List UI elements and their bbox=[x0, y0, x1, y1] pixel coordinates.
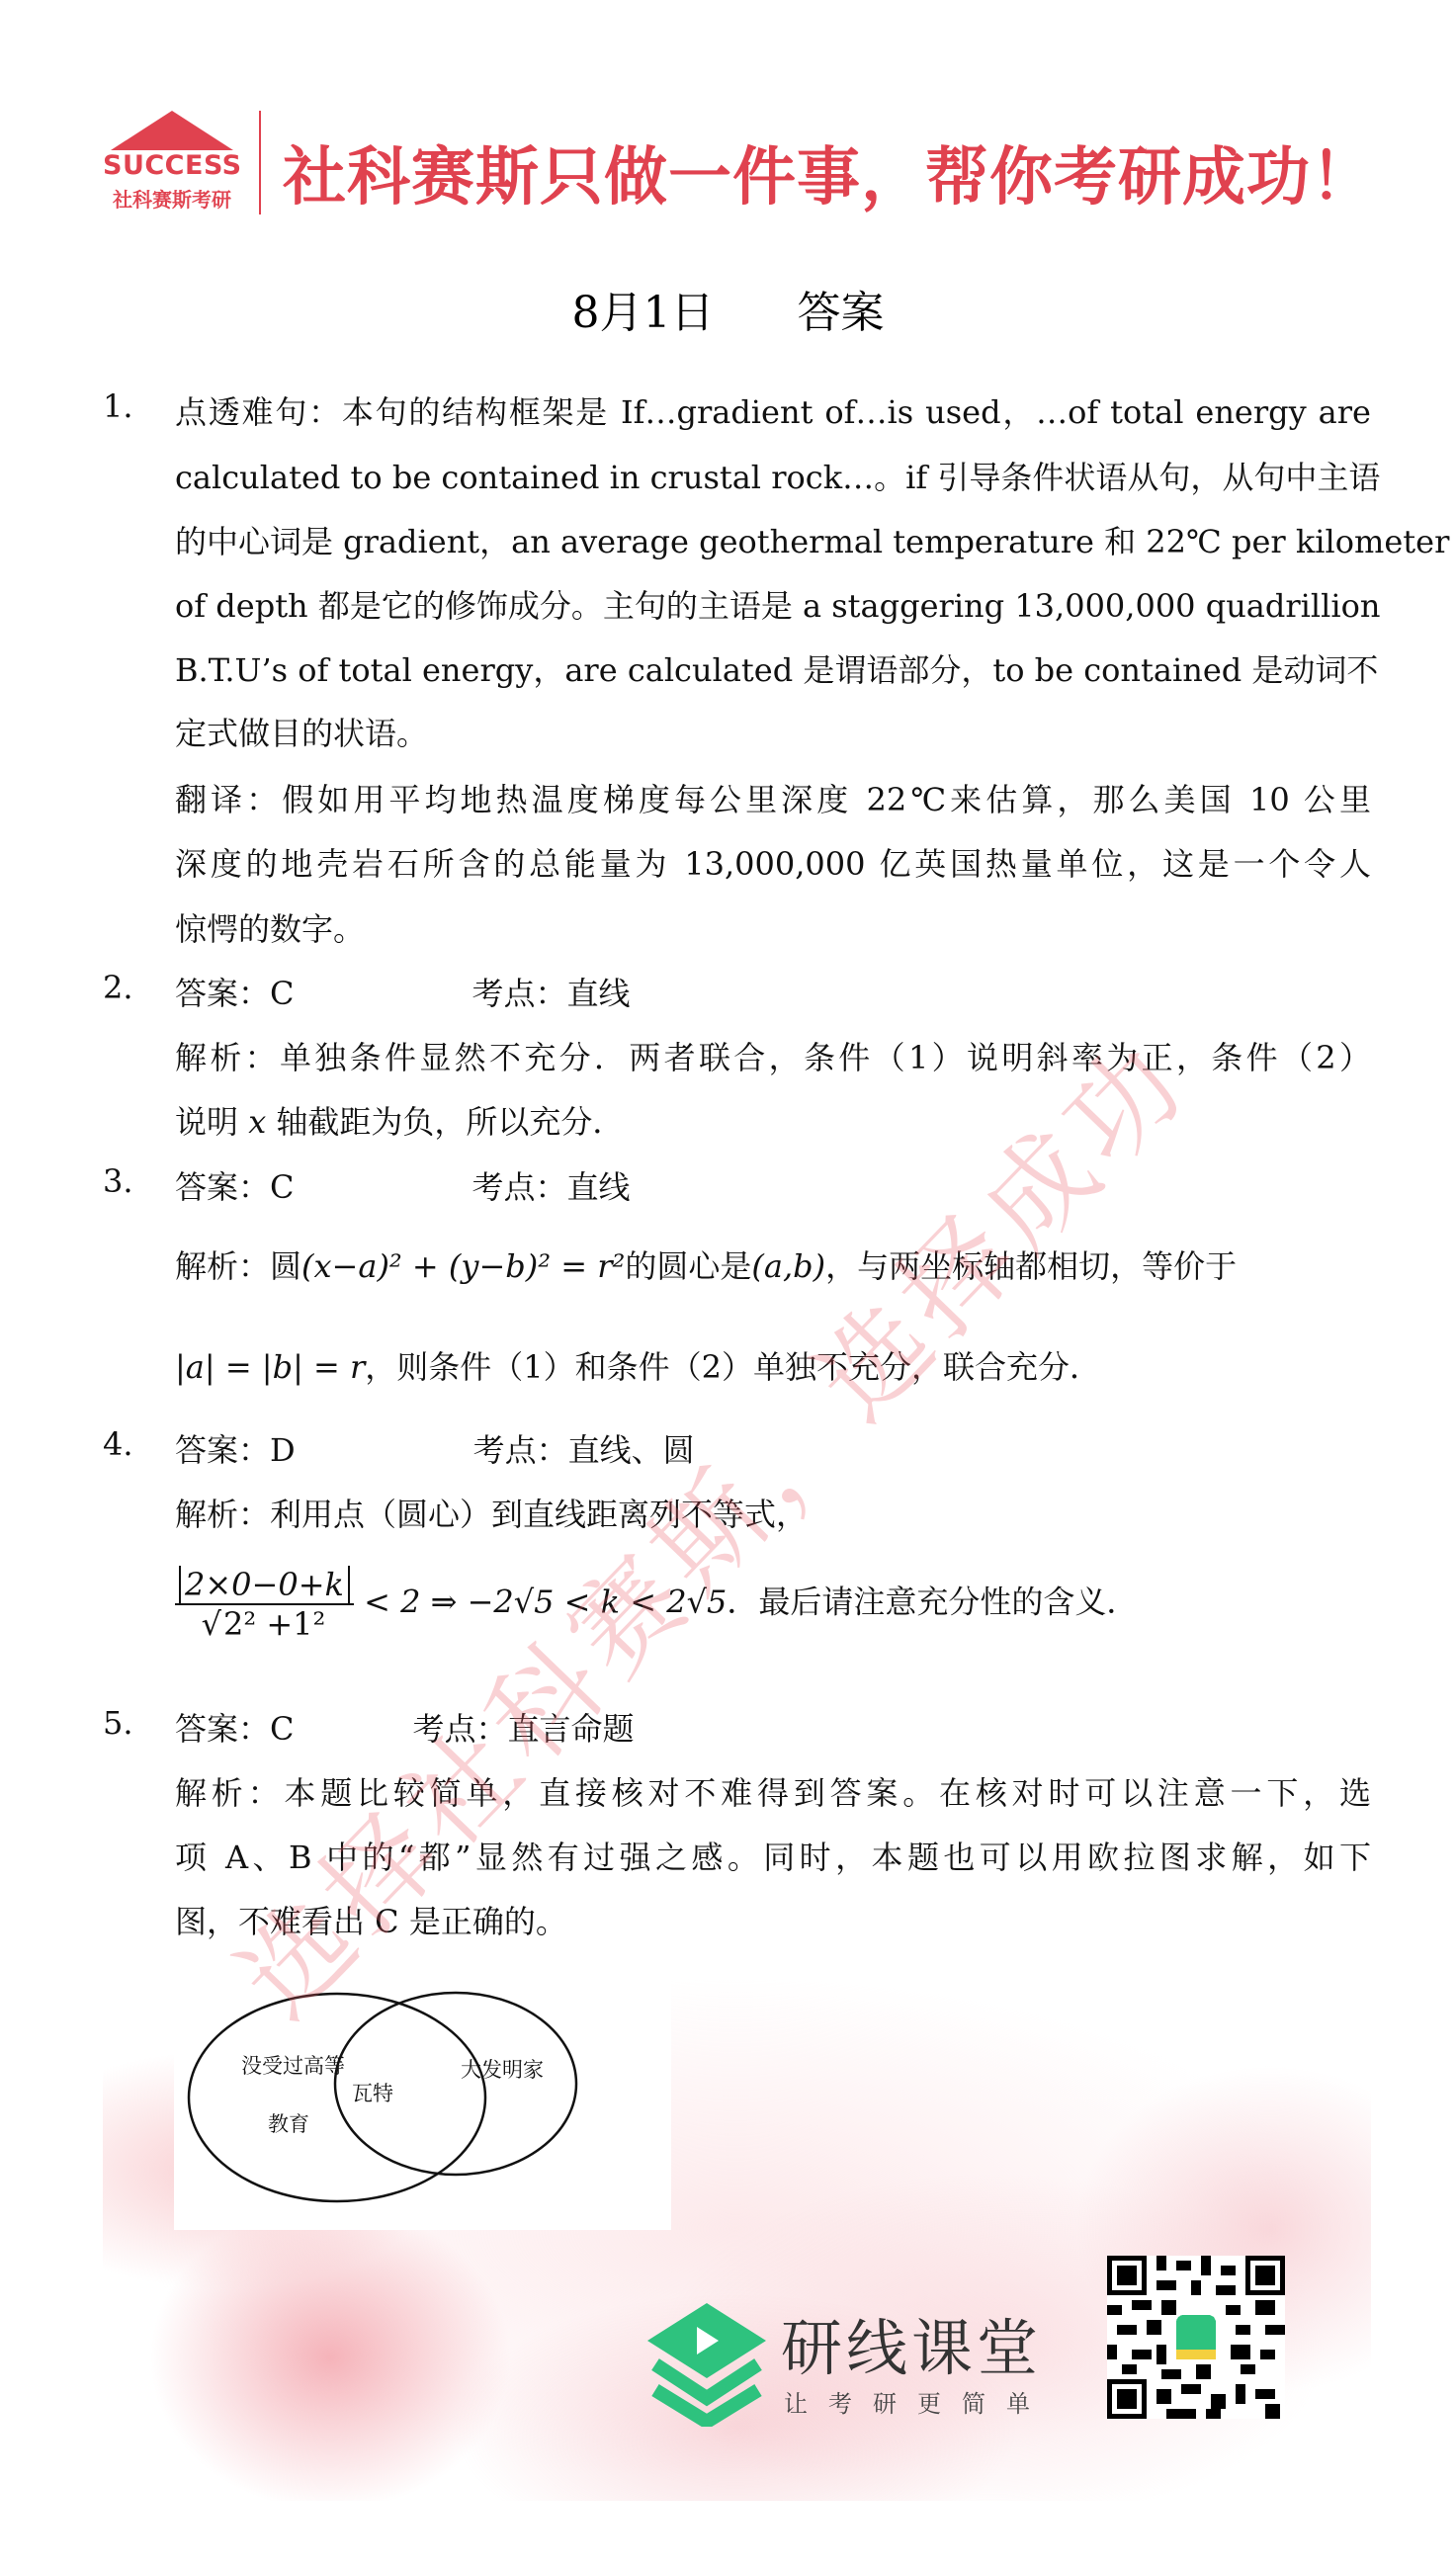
q2-topic: 考点：直线 bbox=[472, 975, 631, 1012]
q1-line-2: calculated to be contained in crustal ro… bbox=[175, 453, 1371, 498]
q3-topic: 考点：直线 bbox=[472, 1168, 631, 1206]
roof-icon bbox=[111, 111, 233, 150]
header-divider bbox=[259, 111, 261, 214]
q2-header: 答案：C考点：直线 bbox=[175, 969, 1371, 1014]
question-number-2: 2. bbox=[103, 969, 133, 1006]
q5-answer: 答案：C bbox=[175, 1710, 295, 1748]
q4-formula: 2×0−0+k √2² +1² < 2 ⇒ −2√5 < k < 2√5．最后请… bbox=[175, 1566, 1371, 1643]
question-number-3: 3. bbox=[103, 1162, 133, 1200]
success-logo: SUCCESS 社科赛斯考研 bbox=[103, 111, 241, 214]
q1-line-5: B.T.U’s of total energy，are calculated 是… bbox=[175, 645, 1371, 691]
distance-fraction: 2×0−0+k √2² +1² bbox=[175, 1566, 354, 1643]
venn-left-label-1: 没受过高等 bbox=[241, 2050, 345, 2080]
question-number-4: 4. bbox=[103, 1425, 133, 1463]
math-x: x bbox=[248, 1103, 266, 1141]
brand-tagline: 让考研更简单 bbox=[784, 2384, 1051, 2419]
question-number-5: 5. bbox=[103, 1704, 133, 1742]
question-number-1: 1. bbox=[103, 387, 133, 425]
venn-overlap-label: 瓦特 bbox=[352, 2078, 393, 2107]
venn-left-label-2: 教育 bbox=[268, 2108, 309, 2138]
q1-line-1: 点透难句：本句的结构框架是 If…gradient of…is used，…of… bbox=[175, 387, 1371, 433]
header-slogan: 社科赛斯只做一件事，帮你考研成功！ bbox=[283, 127, 1375, 217]
venn-right-label: 大发明家 bbox=[461, 2054, 544, 2084]
euler-diagram: 没受过高等 教育 瓦特 大发明家 bbox=[174, 1975, 671, 2230]
q2-analysis-1: 解析：单独条件显然不充分．两者联合，条件（1）说明斜率为正，条件（2） bbox=[175, 1033, 1371, 1078]
q3-answer: 答案：C bbox=[175, 1168, 295, 1206]
circle-center: (a,b) bbox=[751, 1247, 825, 1285]
q1-translation-2: 深度的地壳岩石所含的总能量为 13,000,000 亿英国热量单位，这是一个令人 bbox=[175, 839, 1371, 885]
tangent-condition: |a| = |b| = r bbox=[175, 1348, 365, 1386]
brand-name: 研线课堂 bbox=[781, 2299, 1042, 2387]
q1-translation-3: 惊愕的数字。 bbox=[175, 904, 1371, 950]
q1-line-6: 定式做目的状语。 bbox=[175, 709, 1371, 754]
q3-header: 答案：C考点：直线 bbox=[175, 1162, 1371, 1208]
page-title: 8月1日 答案 bbox=[0, 277, 1456, 340]
q1-line-3: 的中心词是 gradient，an average geothermal tem… bbox=[175, 517, 1371, 562]
q3-analysis-1: 解析：圆(x−a)² + (y−b)² = r²的圆心是(a,b)，与两坐标轴都… bbox=[175, 1242, 1371, 1287]
q1-line-4: of depth 都是它的修饰成分。主句的主语是 a staggering 13… bbox=[175, 581, 1371, 627]
q2-answer: 答案：C bbox=[175, 975, 295, 1012]
q4-answer: 答案：D bbox=[175, 1431, 296, 1469]
q5-header: 答案：C考点：直言命题 bbox=[175, 1704, 1371, 1750]
qr-code[interactable] bbox=[1107, 2256, 1285, 2419]
q1-translation-1: 翻译：假如用平均地热温度梯度每公里深度 22℃来估算，那么美国 10 公里 bbox=[175, 775, 1371, 820]
yanxian-logo-icon bbox=[647, 2303, 766, 2427]
circle-equation: (x−a)² + (y−b)² = r² bbox=[301, 1247, 625, 1285]
logo-text-en: SUCCESS bbox=[103, 150, 241, 181]
logo-text-cn: 社科赛斯考研 bbox=[103, 184, 241, 213]
